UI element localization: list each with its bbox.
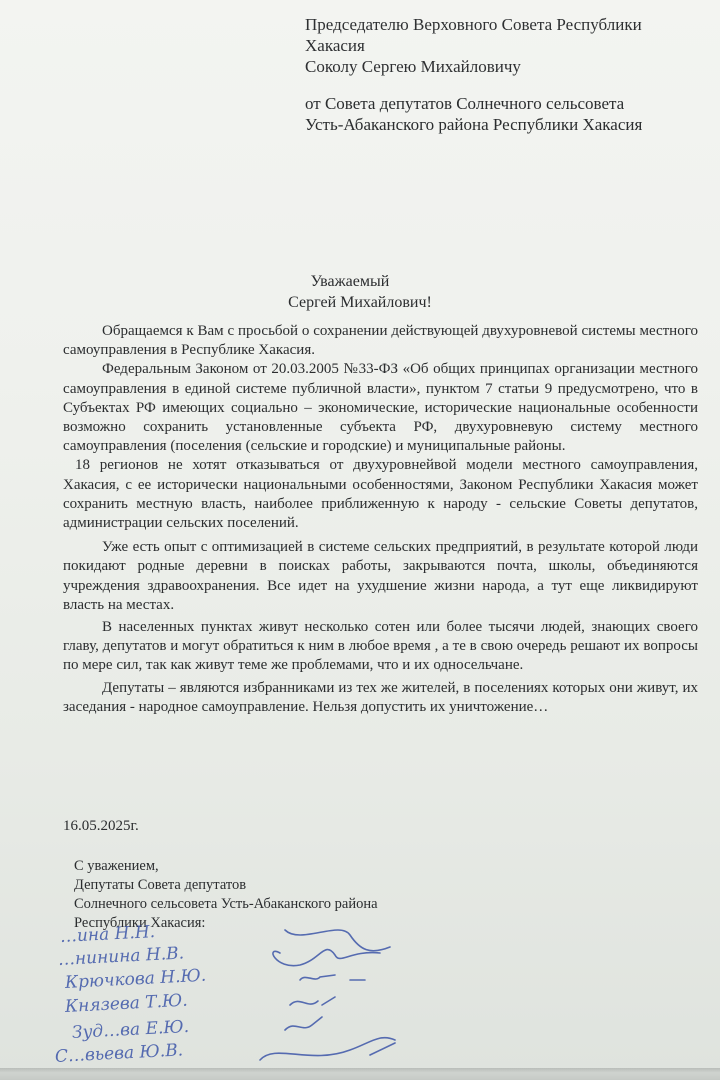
addressee-line: Соколу Сергею Михайловичу	[305, 56, 705, 77]
signatures-area: …ина Н.Н. …нинина Н.В. Крючкова Н.Ю. Кня…	[50, 925, 430, 1075]
addressee-line: Председателю Верховного Совета Республик…	[305, 14, 705, 35]
body-paragraph: Депутаты – являются избранниками из тех …	[63, 679, 698, 717]
salutation: Уважаемый Сергей Михайлович!	[0, 271, 720, 313]
closing-line: С уважением,	[74, 857, 378, 876]
salutation-line: Сергей Михайлович!	[0, 292, 720, 313]
salutation-line: Уважаемый	[0, 271, 720, 292]
body-paragraph: Уже есть опыт с оптимизацией в системе с…	[63, 538, 698, 615]
closing-line: Депутаты Совета депутатов	[74, 876, 378, 895]
closing-block: С уважением, Депутаты Совета депутатов С…	[74, 857, 378, 933]
addressee-block: Председателю Верховного Совета Республик…	[305, 14, 705, 77]
addressee-line: Хакасия	[305, 35, 705, 56]
sender-line: от Совета депутатов Солнечного сельсовет…	[305, 93, 705, 114]
body-paragraph: 18 регионов не хотят отказываться от дву…	[63, 456, 698, 533]
sender-line: Усть-Абаканского района Республики Хакас…	[305, 114, 705, 135]
body-paragraph: Федеральным Законом от 20.03.2005 №33-ФЗ…	[63, 360, 698, 456]
closing-line: Солнечного сельсовета Усть-Абаканского р…	[74, 895, 378, 914]
letter-body: Обращаемся к Вам с просьбой о сохранении…	[63, 322, 698, 717]
letter-date: 16.05.2025г.	[63, 817, 139, 836]
body-paragraph: Обращаемся к Вам с просьбой о сохранении…	[63, 322, 698, 360]
sender-block: от Совета депутатов Солнечного сельсовет…	[305, 93, 705, 135]
body-paragraph: В населенных пунктах живут несколько сот…	[63, 618, 698, 676]
